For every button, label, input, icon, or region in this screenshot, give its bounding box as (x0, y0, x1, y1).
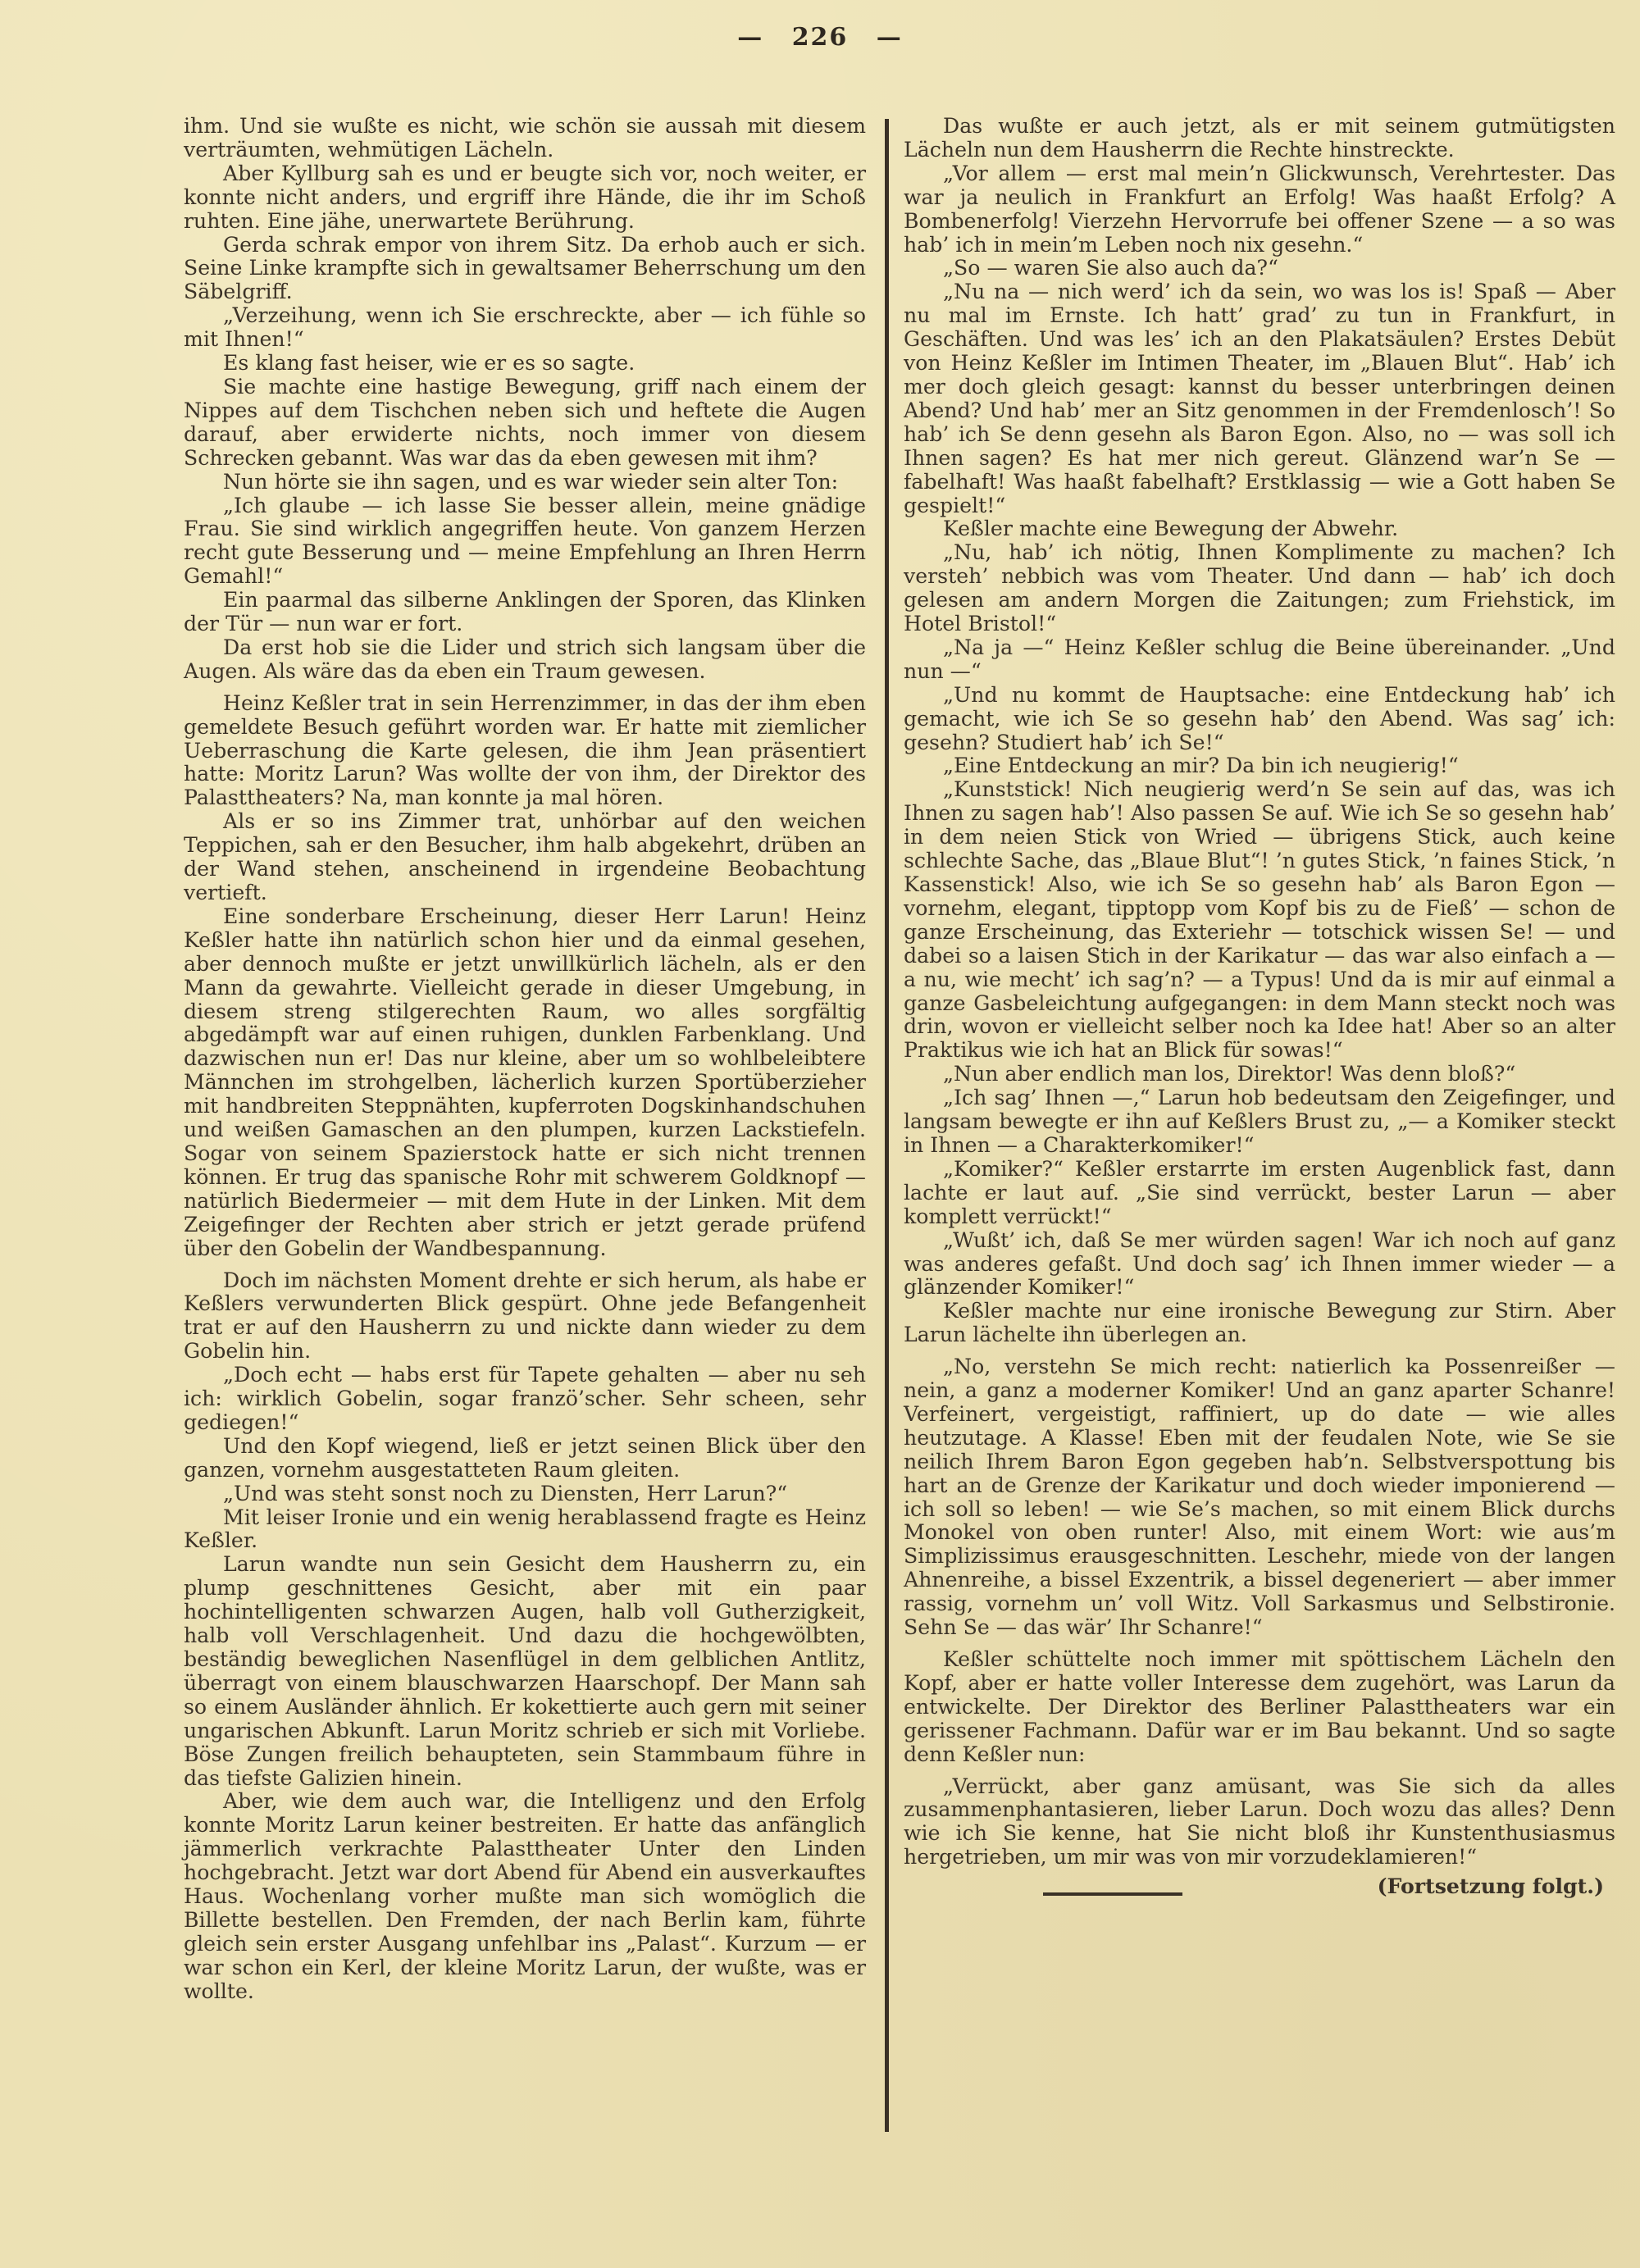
paragraph: Larun wandte nun sein Gesicht dem Haushe… (184, 1553, 866, 1790)
paragraph: Keßler machte nur eine ironische Bewegun… (904, 1300, 1615, 1347)
paragraph: „Vor allem — erst mal mein’n Glickwunsch… (904, 162, 1615, 257)
paragraph: Heinz Keßler trat in sein Herrenzimmer, … (184, 692, 866, 811)
paragraph: „Und nu kommt de Hauptsache: eine Entdec… (904, 684, 1615, 755)
page-header: — 226 — (0, 23, 1640, 52)
header-dash-right: — (877, 23, 903, 52)
continued-label: (Fortsetzung folgt.) (1378, 1874, 1615, 1898)
paragraph: „Nun aber endlich man los, Direktor! Was… (904, 1063, 1615, 1086)
left-column: ihm. Und sie wußte es nicht, wie schön s… (184, 115, 866, 2004)
paragraph: „Verzeihung, wenn ich Sie erschreckte, a… (184, 304, 866, 352)
paragraph: Ein paarmal das silberne Anklingen der S… (184, 589, 866, 636)
paragraph: Das wußte er auch jetzt, als er mit sein… (904, 115, 1615, 162)
paragraph: Keßler machte eine Bewegung der Abwehr. (904, 517, 1615, 541)
paragraph: Keßler schüttelte noch immer mit spöttis… (904, 1648, 1615, 1767)
right-column: Das wußte er auch jetzt, als er mit sein… (904, 115, 1615, 1898)
column-divider (885, 119, 889, 2132)
paragraph: „Ich sag’ Ihnen —,“ Larun hob bedeutsam … (904, 1086, 1615, 1158)
paragraph: „So — waren Sie also auch da?“ (904, 257, 1615, 280)
paragraph: Aber, wie dem auch war, die Intelligenz … (184, 1790, 866, 2003)
end-rule (1043, 1892, 1182, 1896)
paragraph: Gerda schrak empor von ihrem Sitz. Da er… (184, 234, 866, 305)
paragraph: „Komiker?“ Keßler erstarrte im ersten Au… (904, 1158, 1615, 1229)
page-number: 226 (792, 23, 849, 52)
paragraph: „Kunststick! Nich neugierig werd’n Se se… (904, 778, 1615, 1063)
paragraph: „Wußt’ ich, daß Se mer würden sagen! War… (904, 1229, 1615, 1300)
paragraph: Als er so ins Zimmer trat, unhörbar auf … (184, 810, 866, 905)
paragraph: „Na ja —“ Heinz Keßler schlug die Beine … (904, 636, 1615, 684)
paragraph: ihm. Und sie wußte es nicht, wie schön s… (184, 115, 866, 162)
paragraph: „Eine Entdeckung an mir? Da bin ich neug… (904, 754, 1615, 778)
paragraph: „Doch echt — habs erst für Tapete gehalt… (184, 1364, 866, 1435)
paragraph: Es klang fast heiser, wie er es so sagte… (184, 352, 866, 376)
paragraph: Doch im nächsten Moment drehte er sich h… (184, 1269, 866, 1364)
chapter-signoff: (Fortsetzung folgt.) (904, 1874, 1615, 1898)
header-dash-left: — (737, 23, 763, 52)
paragraph: „Nu, hab’ ich nötig, Ihnen Komplimente z… (904, 541, 1615, 636)
paragraph: Eine sonderbare Erscheinung, dieser Herr… (184, 905, 866, 1261)
paragraph: Mit leiser Ironie und ein wenig herablas… (184, 1506, 866, 1554)
paragraph: „Nu na — nich werd’ ich da sein, wo was … (904, 280, 1615, 517)
paragraph: Nun hörte sie ihn sagen, und es war wied… (184, 471, 866, 494)
paragraph: Sie machte eine hastige Bewegung, griff … (184, 376, 866, 471)
paragraph: „Und was steht sonst noch zu Diensten, H… (184, 1482, 866, 1506)
paragraph: „No, verstehn Se mich recht: natierlich … (904, 1355, 1615, 1640)
paragraph: Da erst hob sie die Lider und strich sic… (184, 636, 866, 684)
paragraph: Und den Kopf wiegend, ließ er jetzt sein… (184, 1435, 866, 1482)
paragraph: „Verrückt, aber ganz amüsant, was Sie si… (904, 1775, 1615, 1870)
paragraph: Aber Kyllburg sah es und er beugte sich … (184, 162, 866, 234)
paragraph: „Ich glaube — ich lasse Sie besser allei… (184, 494, 866, 590)
